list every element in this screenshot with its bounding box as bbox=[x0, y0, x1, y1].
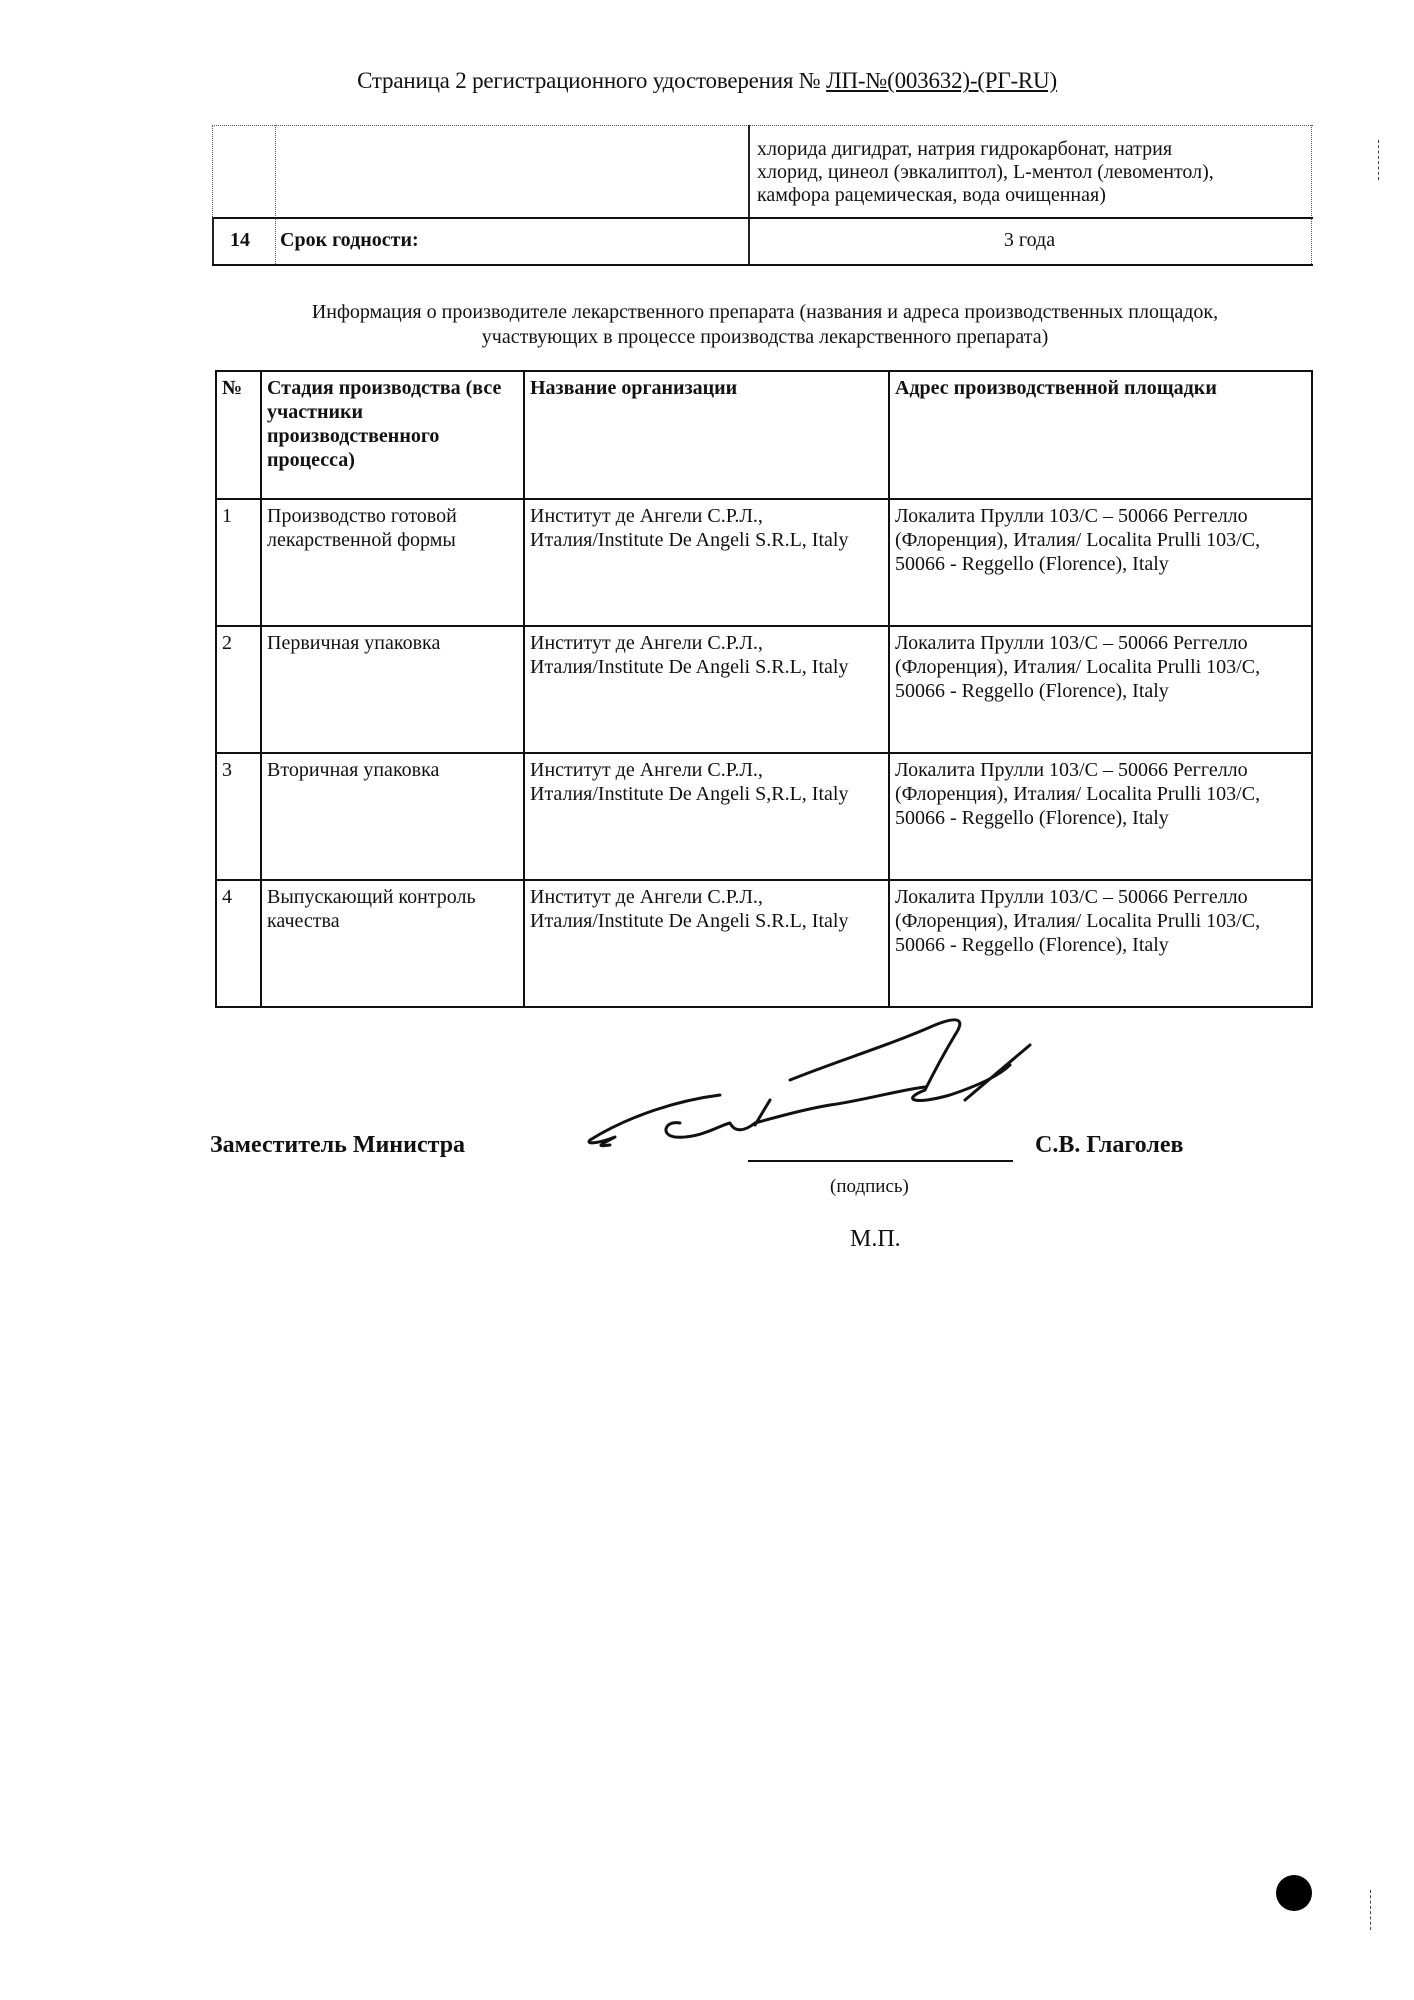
header-stage: Стадия производства (все участники произ… bbox=[261, 371, 524, 499]
row-organization: Институт де Ангели С.Р.Л., Италия/Instit… bbox=[524, 753, 889, 880]
row-divider bbox=[212, 217, 1313, 219]
signer-title: Заместитель Министра bbox=[210, 1132, 465, 1159]
composition-table-continuation: хлорида дигидрат, натрия гидрокарбонат, … bbox=[212, 125, 1313, 266]
row-number: 3 bbox=[216, 753, 261, 880]
composition-line: хлорид, цинеол (эвкалиптол), L-ментол (л… bbox=[757, 161, 1214, 184]
manufacturer-info-heading: Информация о производителе лекарственног… bbox=[215, 300, 1315, 350]
row-organization: Институт де Ангели С.Р.Л., Италия/Instit… bbox=[524, 626, 889, 753]
header-organization: Название организации bbox=[524, 371, 889, 499]
shelf-life-label: Срок годности: bbox=[280, 229, 419, 252]
row-organization: Институт де Ангели С.Р.Л., Италия/Instit… bbox=[524, 880, 889, 1007]
header-address: Адрес производственной площадки bbox=[889, 371, 1312, 499]
table-row: 4 Выпускающий контроль качества Институт… bbox=[216, 880, 1312, 1007]
manufacturer-table: № Стадия производства (все участники про… bbox=[215, 370, 1313, 1008]
registration-number: ЛП-№(003632)-(РГ-RU) bbox=[826, 68, 1057, 93]
table-border-right bbox=[1311, 125, 1312, 266]
row-stage: Вторичная упаковка bbox=[261, 753, 524, 880]
row-stage: Производство готовой лекарственной формы bbox=[261, 499, 524, 626]
table-row: 3 Вторичная упаковка Институт де Ангели … bbox=[216, 753, 1312, 880]
row-address: Локалита Прулли 103/С – 50066 Реггелло (… bbox=[889, 880, 1312, 1007]
header-number: № bbox=[216, 371, 261, 499]
composition-line: камфора рацемическая, вода очищенная) bbox=[757, 184, 1214, 207]
handwritten-signature bbox=[570, 1005, 1060, 1155]
table-top-border bbox=[212, 125, 1313, 126]
table-header-row: № Стадия производства (все участники про… bbox=[216, 371, 1312, 499]
row-number: 4 bbox=[216, 880, 261, 1007]
signature-caption: (подпись) bbox=[830, 1176, 909, 1198]
signer-name: С.В. Глаголев bbox=[1035, 1132, 1183, 1159]
manufacturer-info-line: Информация о производителе лекарственног… bbox=[215, 300, 1315, 325]
row-stage: Выпускающий контроль качества bbox=[261, 880, 524, 1007]
table-row: 1 Производство готовой лекарственной фор… bbox=[216, 499, 1312, 626]
column-divider bbox=[275, 125, 276, 266]
composition-lines: хлорида дигидрат, натрия гидрокарбонат, … bbox=[757, 138, 1214, 207]
table-border-left bbox=[212, 217, 214, 266]
row-address: Локалита Прулли 103/С – 50066 Реггелло (… bbox=[889, 499, 1312, 626]
row-address: Локалита Прулли 103/С – 50066 Реггелло (… bbox=[889, 753, 1312, 880]
row-address: Локалита Прулли 103/С – 50066 Реггелло (… bbox=[889, 626, 1312, 753]
signature-line bbox=[748, 1160, 1013, 1162]
manufacturer-info-line: участвующих в процессе производства лека… bbox=[215, 325, 1315, 350]
stamp-place-label: М.П. bbox=[850, 1226, 901, 1253]
table-row: 2 Первичная упаковка Институт де Ангели … bbox=[216, 626, 1312, 753]
scan-margin-mark bbox=[1370, 1890, 1371, 1930]
scan-margin-mark bbox=[1378, 140, 1379, 180]
row-number: 1 bbox=[216, 499, 261, 626]
row-stage: Первичная упаковка bbox=[261, 626, 524, 753]
table-border-left bbox=[212, 125, 213, 217]
row-number: 14 bbox=[230, 229, 250, 252]
row-number: 2 bbox=[216, 626, 261, 753]
shelf-life-value: 3 года bbox=[748, 229, 1311, 252]
page-header: Страница 2 регистрационного удостоверени… bbox=[0, 68, 1414, 94]
punch-hole-mark bbox=[1276, 1875, 1312, 1911]
composition-line: хлорида дигидрат, натрия гидрокарбонат, … bbox=[757, 138, 1214, 161]
page-header-prefix: Страница 2 регистрационного удостоверени… bbox=[357, 68, 826, 93]
row-organization: Институт де Ангели С.Р.Л., Италия/Instit… bbox=[524, 499, 889, 626]
table-bottom-border bbox=[212, 264, 1313, 266]
